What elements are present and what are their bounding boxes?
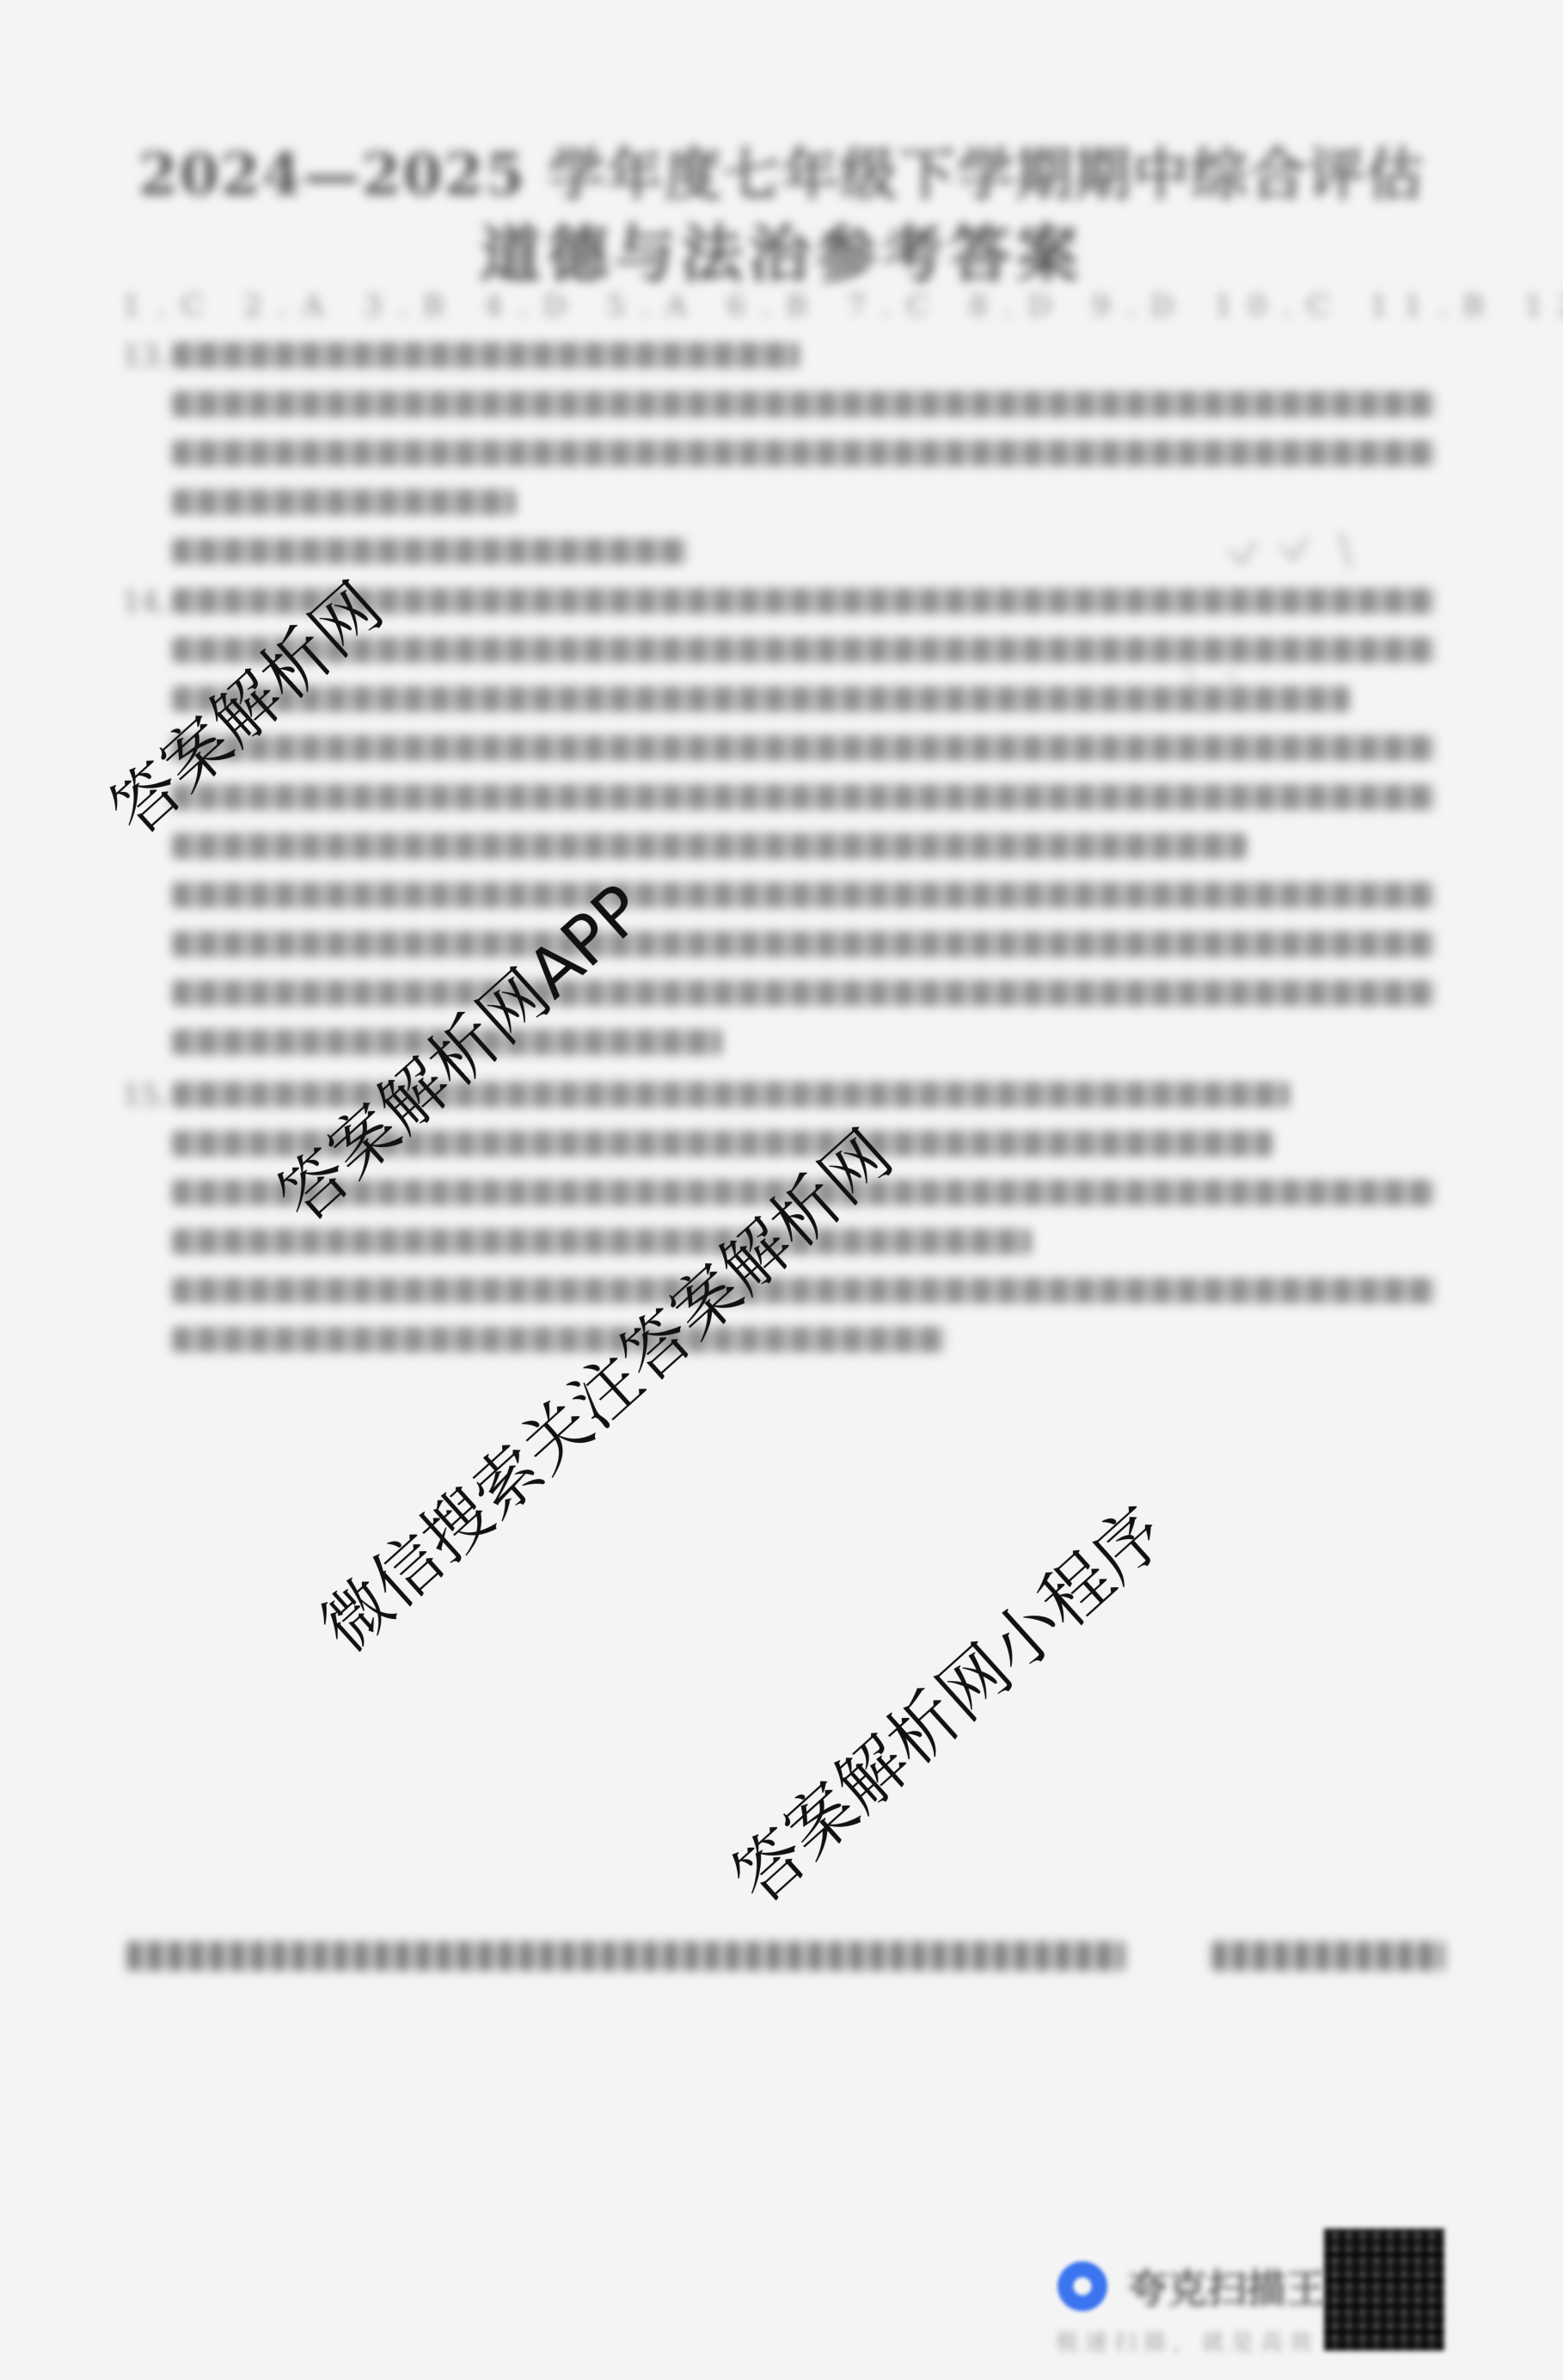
question-number-15: 15. — [122, 1078, 169, 1113]
scanner-brand-name: 夸克扫描王 — [1128, 2258, 1326, 2315]
text-line — [172, 686, 1350, 712]
text-line — [172, 489, 516, 515]
scanner-tagline: 极速扫描，就是高效 — [1056, 2325, 1319, 2357]
watermark-text: 答案解析网小程序 — [708, 1480, 1183, 1922]
qr-code-icon — [1324, 2229, 1444, 2351]
text-line — [172, 784, 1436, 810]
document-page: 2024—2025 学年度七年级下学期期中综合评估 道德与法治参考答案 1.C … — [0, 0, 1563, 2380]
handwritten-mark — [1178, 653, 1281, 722]
text-line — [172, 342, 800, 368]
text-line — [172, 980, 1436, 1006]
scanner-logo-icon — [1057, 2261, 1107, 2311]
answer-key: 1.C 2.A 3.B 4.D 5.A 6.B 7.C 8.D 9.D 10.C… — [122, 289, 1563, 323]
text-line — [172, 440, 1436, 466]
question-number-14: 14. — [122, 585, 169, 619]
text-line — [172, 735, 1436, 761]
footer-left-text — [127, 1941, 1125, 1971]
question-number-13: 13. — [122, 339, 169, 373]
text-line — [172, 1327, 946, 1353]
footer-right-code — [1212, 1941, 1444, 1971]
document-subtitle: 道德与法治参考答案 — [0, 205, 1563, 294]
text-line — [172, 1229, 1032, 1254]
text-line — [172, 391, 1436, 417]
document-title: 2024—2025 学年度七年级下学期期中综合评估 — [0, 129, 1563, 211]
handwritten-mark — [1221, 516, 1376, 585]
text-line — [172, 882, 1436, 908]
text-line — [172, 833, 1247, 859]
text-line — [172, 931, 1436, 957]
text-line — [172, 538, 688, 564]
text-line — [172, 1278, 1436, 1303]
